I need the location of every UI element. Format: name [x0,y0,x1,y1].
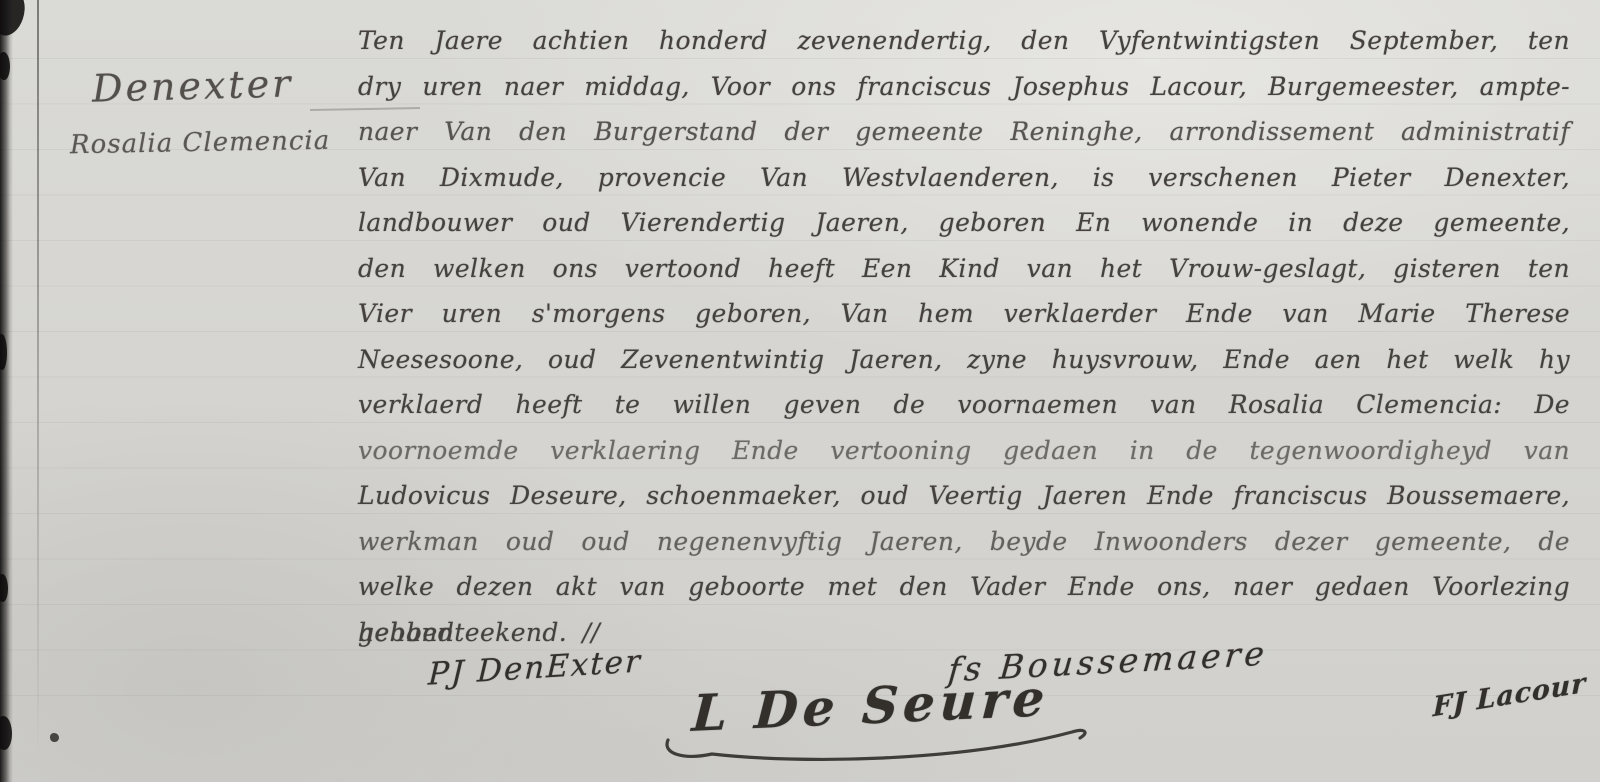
record-line: Van Dixmude, provencie Van Westvlaendere… [358,155,1570,201]
record-body: Ten Jaere achtien honderd zevenendertig,… [358,18,1570,655]
scan-artifact [0,0,30,40]
margin-rule-line [37,0,39,782]
margin-given-names: Rosalia Clemencia [70,126,331,161]
signature-lacour: FJ Lacour [1433,668,1587,724]
record-line: Ten Jaere achtien honderd zevenendertig,… [358,18,1570,64]
record-line: dry uren naer middag, Voor ons franciscu… [358,64,1570,110]
record-line: verklaerd heeft te willen geven de voorn… [358,382,1570,428]
record-line: Vier uren s'morgens geboren, Van hem ver… [358,291,1570,337]
scan-edge-left [0,0,13,782]
record-line: welke dezen akt van geboorte met den Vad… [358,564,1570,610]
scan-artifact [50,733,59,742]
record-line: werkman oud oud negenenvyftig Jaeren, be… [358,519,1570,565]
scanned-birth-record-page: Denexter Rosalia Clemencia Ten Jaere ach… [0,0,1600,782]
record-line: voornoemde verklaering Ende vertooning g… [358,428,1570,474]
margin-surname: Denexter [91,61,293,110]
record-line: den welken ons vertoond heeft Een Kind v… [358,246,1570,292]
signature-deseure: L De Seure [690,668,1051,743]
record-line: Ludovicus Deseure, schoenmaeker, oud Vee… [358,473,1570,519]
record-line: landbouwer oud Vierendertig Jaeren, gebo… [358,200,1570,246]
record-line: naer Van den Burgerstand der gemeente Re… [358,109,1570,155]
record-line: Neesesoone, oud Zevenentwintig Jaeren, z… [358,337,1570,383]
record-closing-line: gehandteekend. // [358,610,1570,656]
